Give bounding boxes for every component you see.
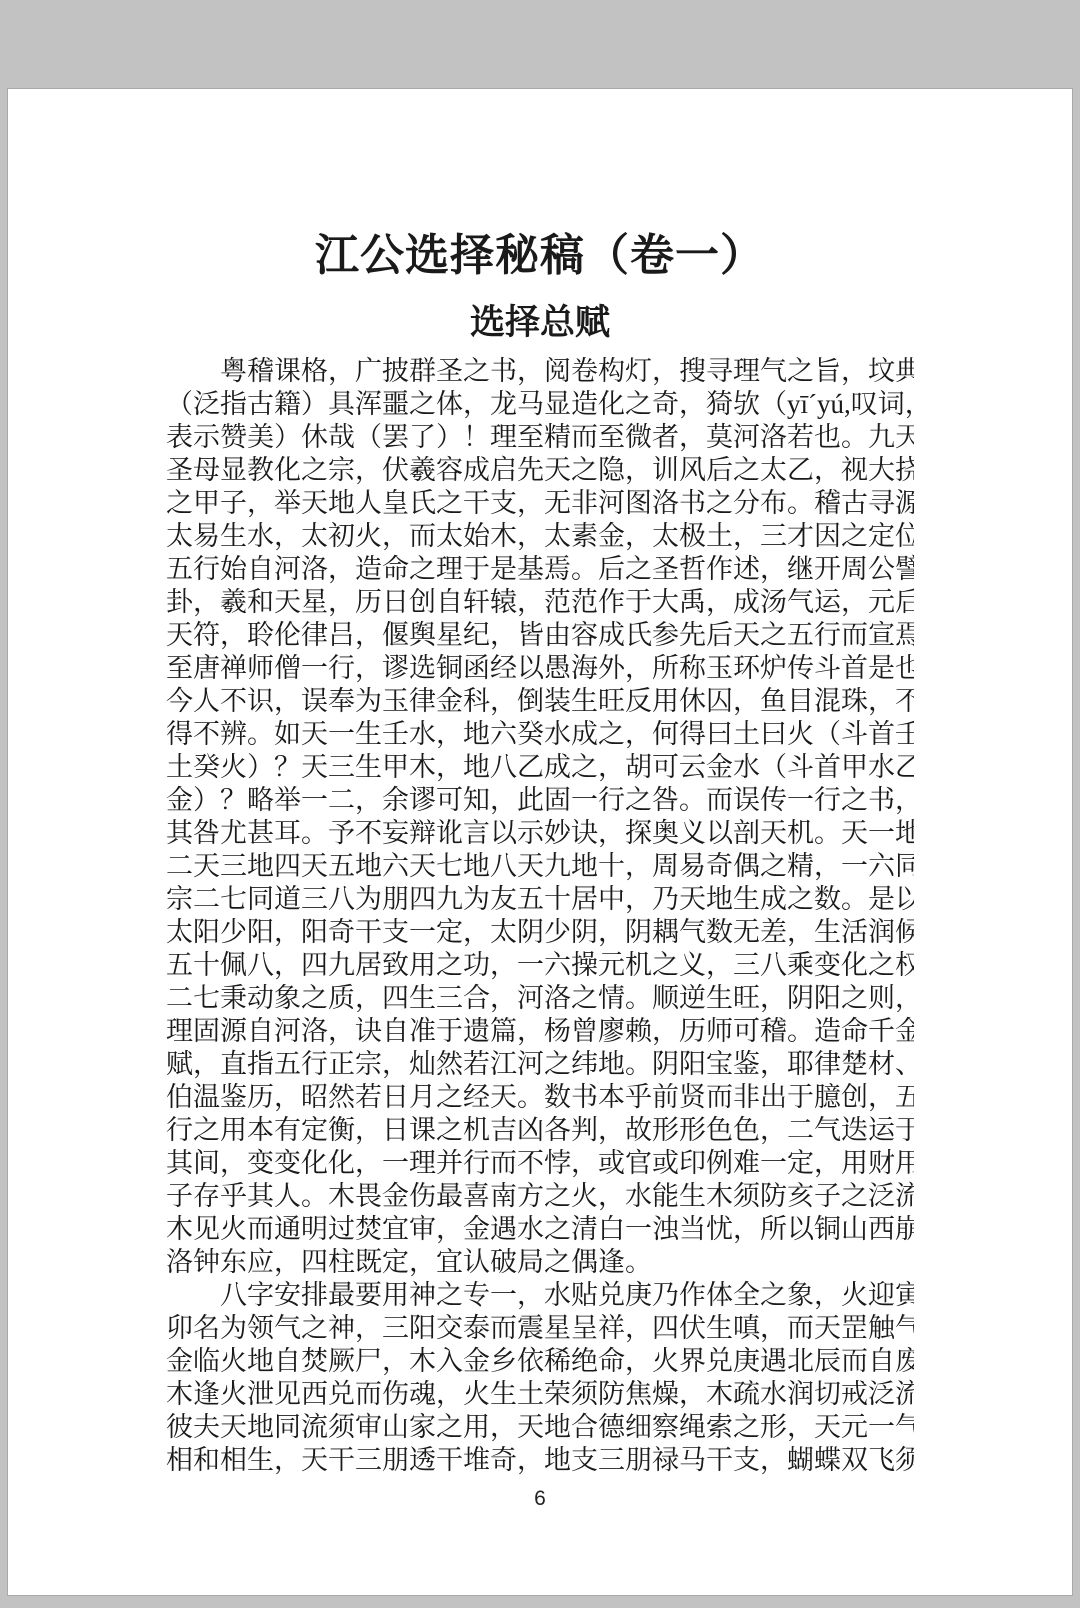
text-line: 天符，聆伦律吕，偃舆星纪，皆由容成氏参先后天之五行而宣焉。 <box>166 619 914 652</box>
text-line: 其间，变变化化，一理并行而不悖，或官或印例难一定，用财用 <box>166 1147 914 1180</box>
text-line: 卯名为领气之神，三阳交泰而震星呈祥，四伏生嗔，而天罡触气， <box>166 1312 914 1345</box>
text-line: 其咎尤甚耳。予不妄辩讹言以示妙诀，探奥义以剖天机。天一地 <box>166 817 914 850</box>
text-line: 圣母显教化之宗，伏羲容成启先天之隐，训风后之太乙，视大挠 <box>166 454 914 487</box>
text-line: 彼夫天地同流须审山家之用，天地合德细察绳索之形，天元一气 <box>166 1411 914 1444</box>
text-line: 表示赞美）休哉（罢了）！理至精而至微者，莫河洛若也。九天 <box>166 421 914 454</box>
text-line: 卦，羲和天星，历日创自轩辕，范范作于大禹，成汤气运，元后 <box>166 586 914 619</box>
text-line: 五十佩八，四九居致用之功，一六操元机之义，三八乘变化之权， <box>166 949 914 982</box>
text-line: 至唐禅师僧一行，谬选铜函经以愚海外，所称玉环炉传斗首是也。 <box>166 652 914 685</box>
text-line: 子存乎其人。木畏金伤最喜南方之火，水能生木须防亥子之泛流， <box>166 1180 914 1213</box>
text-line: 二七秉动象之质，四生三合，河洛之情。顺逆生旺，阴阳之则， <box>166 982 914 1015</box>
text-line: 金临火地自焚厥尸，木入金乡依稀绝命，火界兑庚遇北辰而自废， <box>166 1345 914 1378</box>
text-line: 今人不识，误奉为玉律金科，倒装生旺反用休囚，鱼目混珠，不 <box>166 685 914 718</box>
page-subtitle: 选择总赋 <box>8 303 1072 343</box>
text-line: 洛钟东应，四柱既定，宜认破局之偶逢。 <box>166 1246 914 1279</box>
text-line: 相和相生，天干三朋透干堆奇，地支三朋禄马干支，蝴蝶双飞须 <box>166 1444 914 1477</box>
page-number: 6 <box>8 1487 1072 1511</box>
text-line: 行之用本有定衡，日课之机吉凶各判，故形形色色，二气迭运于 <box>166 1114 914 1147</box>
text-line: 二天三地四天五地六天七地八天九地十，周易奇偶之精，一六同 <box>166 850 914 883</box>
text-line: （泛指古籍）具浑噩之体，龙马显造化之奇，猗欤（yī´yú,叹词， <box>166 388 914 421</box>
text-line: 太易生水，太初火，而太始木，太素金，太极土，三才因之定位， <box>166 520 914 553</box>
text-line: 赋，直指五行正宗，灿然若江河之纬地。阴阳宝鉴，耶律楚材、 <box>166 1048 914 1081</box>
text-line: 五行始自河洛，造命之理于是基焉。后之圣哲作述，继开周公譬 <box>166 553 914 586</box>
text-line: 理固源自河洛，诀自准于遗篇，杨曾廖赖，历师可稽。造命千金 <box>166 1015 914 1048</box>
text-line: 得不辨。如天一生壬水，地六癸水成之，何得曰土曰火（斗首壬 <box>166 718 914 751</box>
text-line: 木逢火泄见西兑而伤魂，火生土荣须防焦燥，木疏水润切戒泛流。 <box>166 1378 914 1411</box>
text-line: 伯温鉴历，昭然若日月之经天。数书本乎前贤而非出于臆创，五 <box>166 1081 914 1114</box>
text-line: 土癸火）？天三生甲木，地八乙成之，胡可云金水（斗首甲水乙 <box>166 751 914 784</box>
document-body: 粤稽课格，广披群圣之书，阅卷构灯，搜寻理气之旨，坟典（泛指古籍）具浑噩之体，龙马… <box>166 355 914 1477</box>
text-line: 粤稽课格，广披群圣之书，阅卷构灯，搜寻理气之旨，坟典 <box>166 355 914 388</box>
text-line: 宗二七同道三八为朋四九为友五十居中，乃天地生成之数。是以 <box>166 883 914 916</box>
text-line: 之甲子，举天地人皇氏之干支，无非河图洛书之分布。稽古寻源， <box>166 487 914 520</box>
text-line: 八字安排最要用神之专一，水贴兑庚乃作体全之象，火迎寅 <box>166 1279 914 1312</box>
viewer-background: 江公选择秘稿（卷一） 选择总赋 粤稽课格，广披群圣之书，阅卷构灯，搜寻理气之旨，… <box>0 0 1080 1608</box>
text-line: 金）？略举一二，余谬可知，此固一行之咎。而误传一行之书， <box>166 784 914 817</box>
document-page: 江公选择秘稿（卷一） 选择总赋 粤稽课格，广披群圣之书，阅卷构灯，搜寻理气之旨，… <box>7 88 1073 1596</box>
text-line: 太阳少阳，阳奇干支一定，太阴少阴，阴耦气数无差，生活润候， <box>166 916 914 949</box>
page-title: 江公选择秘稿（卷一） <box>8 229 1072 283</box>
text-line: 木见火而通明过焚宜审，金遇水之清白一浊当忧，所以铜山西崩， <box>166 1213 914 1246</box>
